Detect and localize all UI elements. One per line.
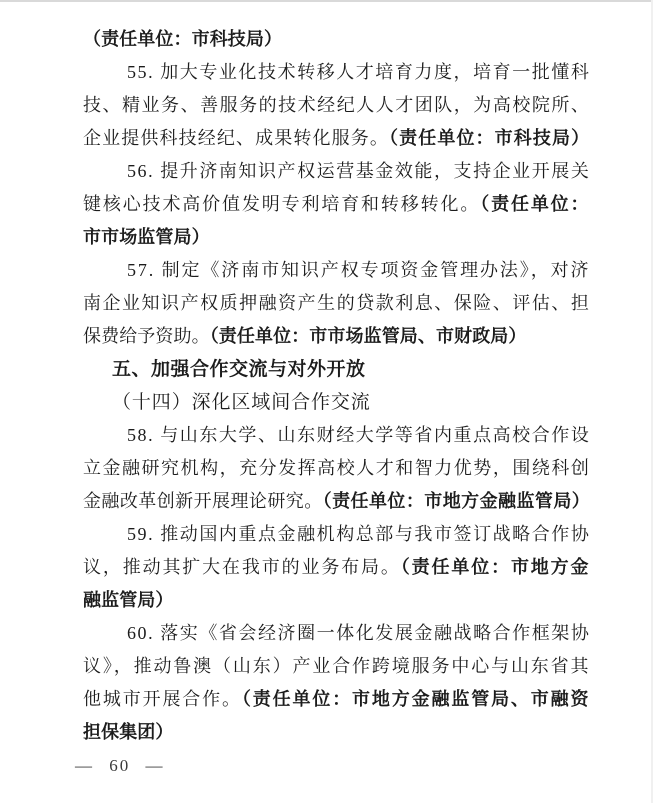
responsible-unit-text: （责任单位：市地方金融监管局、市融资 bbox=[242, 689, 591, 709]
section-heading-line: 五、加强合作交流与对外开放 bbox=[83, 353, 593, 386]
paragraph-line: 南企业知识产权质押融资产生的贷款利息、保险、评估、担 bbox=[83, 287, 593, 320]
paragraph-line: 企业提供科技经纪、成果转化服务。（责任单位：市科技局） bbox=[83, 122, 593, 155]
page-number: — 60 — bbox=[75, 749, 165, 782]
line-text: 企业提供科技经纪、成果转化服务。（责任单位：市科技局） bbox=[83, 128, 590, 148]
responsible-unit-text: 市市场监管局） bbox=[83, 227, 210, 247]
paragraph-line: 金融改革创新开展理论研究。（责任单位：市地方金融监管局） bbox=[83, 485, 593, 518]
sub-heading-line: （十四）深化区域间合作交流 bbox=[83, 386, 593, 419]
line-text: 议》，推动鲁澳（山东）产业合作跨境服务中心与山东省其 bbox=[83, 656, 590, 676]
paragraph-line: 议》，推动鲁澳（山东）产业合作跨境服务中心与山东省其 bbox=[83, 650, 593, 683]
responsible-unit-text: （责任单位： bbox=[480, 194, 590, 214]
body-text: 技、精业务、善服务的技术经纪人人才团队，为高校院所、 bbox=[83, 95, 590, 115]
body-text: 58. 与山东大学、山东财经大学等省内重点高校合作设 bbox=[127, 425, 590, 445]
line-text: 键核心技术高价值发明专利培育和转移转化。（责任单位： bbox=[83, 194, 590, 214]
line-text: 60. 落实《省会经济圈一体化发展金融战略合作框架协 bbox=[127, 623, 590, 643]
body-text: 立金融研究机构，充分发挥高校人才和智力优势，围绕科创 bbox=[83, 458, 590, 478]
paragraph-line: 56. 提升济南知识产权运营基金效能，支持企业开展关 bbox=[83, 155, 593, 188]
line-text: 南企业知识产权质押融资产生的贷款利息、保险、评估、担 bbox=[83, 293, 590, 313]
responsible-unit-text: 担保集团） bbox=[83, 722, 174, 742]
scan-edge-top bbox=[0, 0, 653, 2]
document-body: （责任单位：市科技局）55. 加大专业化技术转移人才培育力度，培育一批懂科技、精… bbox=[83, 23, 593, 749]
paragraph-line: 键核心技术高价值发明专利培育和转移转化。（责任单位： bbox=[83, 188, 593, 221]
line-text: 56. 提升济南知识产权运营基金效能，支持企业开展关 bbox=[127, 161, 590, 181]
body-text: 企业提供科技经纪、成果转化服务。 bbox=[83, 128, 389, 148]
line-text: 保费给予资助。（责任单位：市市场监管局、市财政局） bbox=[83, 326, 527, 346]
document-page: （责任单位：市科技局）55. 加大专业化技术转移人才培育力度，培育一批懂科技、精… bbox=[0, 0, 653, 803]
duty-continuation-line: （责任单位：市科技局） bbox=[83, 23, 593, 56]
line-text: 59. 推动国内重点金融机构总部与我市签订战略合作协 bbox=[127, 524, 590, 544]
line-text: 他城市开展合作。（责任单位：市地方金融监管局、市融资 bbox=[83, 689, 590, 709]
responsible-unit-text: （责任单位：市科技局） bbox=[83, 29, 282, 49]
body-text: 57. 制定《济南市知识产权专项资金管理办法》，对济 bbox=[127, 260, 590, 280]
responsible-unit-text: 融监管局） bbox=[83, 590, 174, 610]
responsible-unit-text: （责任单位：市地方金融监管局） bbox=[323, 491, 591, 511]
paragraph-line: 保费给予资助。（责任单位：市市场监管局、市财政局） bbox=[83, 320, 593, 353]
line-text: （十四）深化区域间合作交流 bbox=[112, 392, 371, 413]
body-text: 议，推动其扩大在我市的业务布局。 bbox=[83, 557, 401, 577]
paragraph-line: 议，推动其扩大在我市的业务布局。（责任单位：市地方金 bbox=[83, 551, 593, 584]
body-text: 金融改革创新开展理论研究。 bbox=[83, 491, 323, 511]
line-text: 五、加强合作交流与对外开放 bbox=[112, 359, 366, 380]
body-text: 五、加强合作交流与对外开放 bbox=[112, 359, 366, 380]
line-text: 58. 与山东大学、山东财经大学等省内重点高校合作设 bbox=[127, 425, 590, 445]
paragraph-line: 担保集团） bbox=[83, 716, 593, 749]
line-text: 技、精业务、善服务的技术经纪人人才团队，为高校院所、 bbox=[83, 95, 590, 115]
responsible-unit-text: （责任单位：市市场监管局、市财政局） bbox=[210, 326, 527, 346]
paragraph-line: 58. 与山东大学、山东财经大学等省内重点高校合作设 bbox=[83, 419, 593, 452]
paragraph-line: 57. 制定《济南市知识产权专项资金管理办法》，对济 bbox=[83, 254, 593, 287]
body-text: 键核心技术高价值发明专利培育和转移转化。 bbox=[83, 194, 480, 214]
line-text: （责任单位：市科技局） bbox=[83, 29, 282, 49]
line-text: 金融改革创新开展理论研究。（责任单位：市地方金融监管局） bbox=[83, 491, 590, 511]
responsible-unit-text: （责任单位：市科技局） bbox=[389, 128, 590, 148]
line-text: 融监管局） bbox=[83, 590, 174, 610]
paragraph-line: 立金融研究机构，充分发挥高校人才和智力优势，围绕科创 bbox=[83, 452, 593, 485]
line-text: 担保集团） bbox=[83, 722, 174, 742]
body-text: 他城市开展合作。 bbox=[83, 689, 242, 709]
responsible-unit-text: （责任单位：市地方金 bbox=[401, 557, 591, 577]
line-text: 55. 加大专业化技术转移人才培育力度，培育一批懂科 bbox=[127, 62, 590, 82]
body-text: 60. 落实《省会经济圈一体化发展金融战略合作框架协 bbox=[127, 623, 590, 643]
body-text: 59. 推动国内重点金融机构总部与我市签订战略合作协 bbox=[127, 524, 590, 544]
paragraph-line: 他城市开展合作。（责任单位：市地方金融监管局、市融资 bbox=[83, 683, 593, 716]
paragraph-line: 市市场监管局） bbox=[83, 221, 593, 254]
paragraph-line: 技、精业务、善服务的技术经纪人人才团队，为高校院所、 bbox=[83, 89, 593, 122]
paragraph-line: 60. 落实《省会经济圈一体化发展金融战略合作框架协 bbox=[83, 617, 593, 650]
paragraph-line: 融监管局） bbox=[83, 584, 593, 617]
line-text: 议，推动其扩大在我市的业务布局。（责任单位：市地方金 bbox=[83, 557, 590, 577]
body-text: 南企业知识产权质押融资产生的贷款利息、保险、评估、担 bbox=[83, 293, 590, 313]
body-text: 56. 提升济南知识产权运营基金效能，支持企业开展关 bbox=[127, 161, 590, 181]
paragraph-line: 59. 推动国内重点金融机构总部与我市签订战略合作协 bbox=[83, 518, 593, 551]
line-text: 立金融研究机构，充分发挥高校人才和智力优势，围绕科创 bbox=[83, 458, 590, 478]
line-text: 57. 制定《济南市知识产权专项资金管理办法》，对济 bbox=[127, 260, 590, 280]
body-text: 55. 加大专业化技术转移人才培育力度，培育一批懂科 bbox=[127, 62, 590, 82]
line-text: 市市场监管局） bbox=[83, 227, 210, 247]
body-text: 议》，推动鲁澳（山东）产业合作跨境服务中心与山东省其 bbox=[83, 656, 590, 676]
body-text: （十四）深化区域间合作交流 bbox=[112, 392, 371, 413]
paragraph-line: 55. 加大专业化技术转移人才培育力度，培育一批懂科 bbox=[83, 56, 593, 89]
body-text: 保费给予资助。 bbox=[83, 326, 210, 346]
